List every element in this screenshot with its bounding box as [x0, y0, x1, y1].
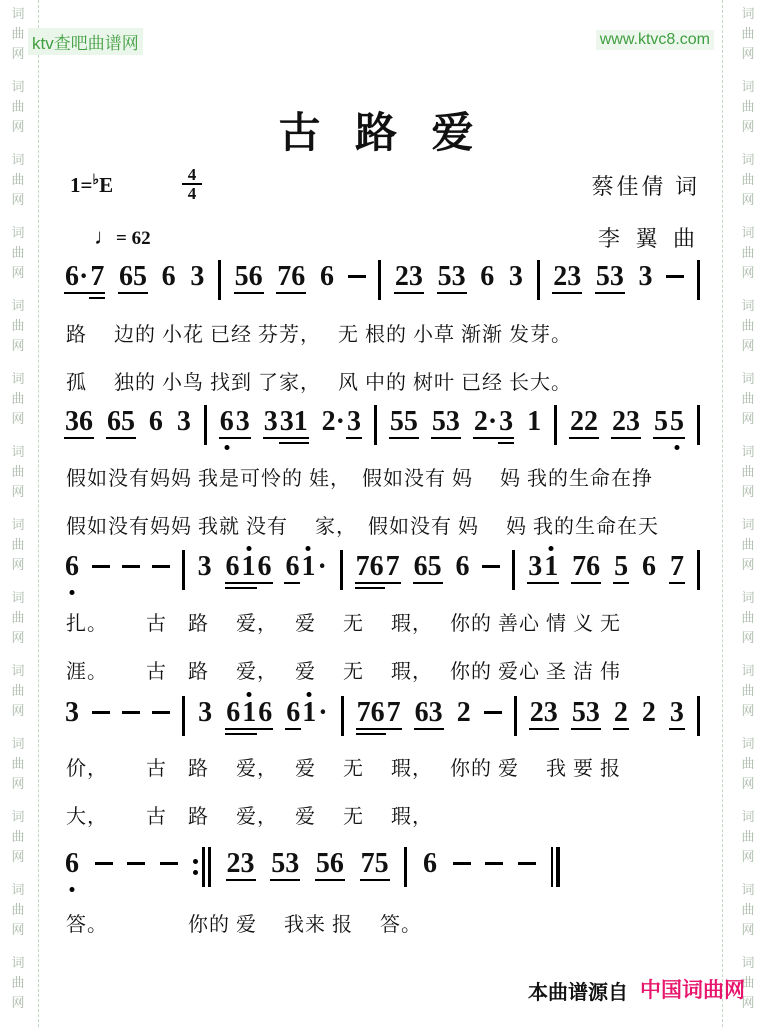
- note: 2·: [473, 407, 498, 437]
- note: 63: [414, 698, 444, 728]
- watermark-group: 词曲网: [735, 734, 761, 794]
- watermark-group: 词曲网: [735, 223, 761, 283]
- barline: [182, 696, 185, 736]
- note: 1: [241, 552, 257, 582]
- note-group: 616: [225, 552, 273, 582]
- note: 6: [479, 262, 495, 292]
- note: 6·: [64, 262, 89, 292]
- note: 3: [669, 698, 685, 728]
- octave-dot-below: [70, 887, 75, 892]
- note: 65: [118, 262, 148, 292]
- watermark-char: 词: [735, 296, 761, 316]
- repeat-barlines: [202, 847, 211, 887]
- watermark-group: 词曲网: [5, 515, 31, 575]
- watermark-group: 词曲网: [735, 442, 761, 502]
- note: 3: [64, 698, 80, 728]
- watermark-char: 曲: [5, 608, 31, 628]
- watermark-char: 词: [5, 734, 31, 754]
- watermark-char: 网: [735, 190, 761, 210]
- note-group: 3: [197, 552, 213, 582]
- note: 2: [641, 698, 657, 728]
- note: 53: [437, 262, 467, 292]
- note-group: 65: [106, 407, 136, 437]
- lyric-line: 孤 独的 小鸟 找到 了家， 风 中的 树叶 已经 长大。: [66, 366, 716, 395]
- lyric-line: 扎。 古 路 爱， 爱 无 瑕， 你的 善心 情 义 无: [66, 607, 716, 636]
- note-group: 63: [414, 698, 444, 728]
- note-group: 6: [161, 262, 177, 292]
- time-signature: 4 4: [182, 166, 202, 202]
- note-group: 22: [569, 407, 599, 437]
- note: 7: [386, 698, 402, 728]
- time-signature-numerator: 4: [182, 166, 202, 185]
- watermark-char: 词: [735, 661, 761, 681]
- watermark-group: 词曲网: [5, 588, 31, 648]
- note-group: 65: [118, 262, 148, 292]
- note: ·: [316, 552, 327, 582]
- watermark-char: 网: [735, 336, 761, 356]
- barline: [512, 550, 515, 590]
- watermark-char: 曲: [5, 973, 31, 993]
- barline: [378, 260, 381, 300]
- note-group: 6: [64, 849, 80, 879]
- barline: [374, 405, 377, 445]
- watermark-char: 网: [735, 701, 761, 721]
- note: 1: [301, 698, 317, 728]
- barline: [537, 260, 540, 300]
- watermark-char: 词: [5, 953, 31, 973]
- watermark-char: 曲: [735, 170, 761, 190]
- barline: [554, 405, 557, 445]
- lyric-line: 假如没有妈妈 我就 没有 家， 假如没有 妈 妈 我的生命在天: [66, 510, 716, 539]
- sustain-dash: [127, 862, 145, 865]
- octave-dot-above: [307, 692, 312, 697]
- note: 3: [527, 552, 543, 582]
- note-group: 55: [653, 407, 685, 437]
- watermark-char: 网: [735, 920, 761, 940]
- note: 1: [526, 407, 542, 437]
- note-group: 61·: [285, 698, 328, 728]
- note: 3: [263, 407, 279, 437]
- note: 6: [64, 849, 80, 879]
- note: 76: [276, 262, 306, 292]
- note: 7: [89, 262, 105, 292]
- barline: [218, 260, 221, 300]
- sustain-dash: [122, 565, 140, 568]
- sustain-dash: [666, 275, 684, 278]
- note: 76: [356, 698, 386, 728]
- note: 6: [64, 552, 80, 582]
- watermark-group: 词曲网: [735, 4, 761, 64]
- note-group: 2: [613, 698, 629, 728]
- watermark-char: 曲: [5, 681, 31, 701]
- note-group: 1: [526, 407, 542, 437]
- watermark-char: 网: [5, 993, 31, 1013]
- note-group: 23: [394, 262, 424, 292]
- note-group: 61·: [284, 552, 327, 582]
- source-site-link[interactable]: 中国词曲网: [640, 974, 745, 1004]
- watermark-char: 曲: [5, 827, 31, 847]
- barline: [697, 405, 700, 445]
- note: 75: [360, 849, 390, 879]
- note: 31: [279, 407, 309, 437]
- note-group: 3: [197, 698, 213, 728]
- watermark-group: 词曲网: [5, 369, 31, 429]
- barline: [340, 550, 343, 590]
- watermark-char: 曲: [5, 535, 31, 555]
- watermark-char: 网: [735, 628, 761, 648]
- note-group: 767: [355, 552, 401, 582]
- note-group: 2·3: [473, 407, 514, 437]
- note-group: 23: [529, 698, 559, 728]
- watermark-char: 网: [5, 555, 31, 575]
- quarter-note-icon: ♩: [94, 224, 116, 249]
- note: 23: [552, 262, 582, 292]
- watermark-char: 曲: [5, 243, 31, 263]
- note: 3: [498, 407, 514, 437]
- note-group: 767: [356, 698, 402, 728]
- watermark-char: 词: [735, 369, 761, 389]
- watermark-char: 网: [5, 409, 31, 429]
- watermark-char: 网: [5, 190, 31, 210]
- watermark-char: 曲: [735, 900, 761, 920]
- watermark-group: 词曲网: [5, 734, 31, 794]
- note: 56: [234, 262, 264, 292]
- key-signature: 1=♭E: [70, 172, 113, 198]
- barline: [697, 260, 700, 300]
- watermark-char: 网: [5, 847, 31, 867]
- watermark-group: 词曲网: [5, 880, 31, 940]
- sustain-dash: [348, 275, 366, 278]
- note-group: 616: [225, 698, 273, 728]
- note-group: 6: [148, 407, 164, 437]
- note: 3: [197, 698, 213, 728]
- note: 6: [285, 698, 301, 728]
- note: 23: [529, 698, 559, 728]
- note: 2: [613, 698, 629, 728]
- sustain-dash: [484, 711, 502, 714]
- lyricist-credit: 蔡佳倩 词: [591, 170, 700, 201]
- note-group: 23: [552, 262, 582, 292]
- note-group: 36: [64, 407, 94, 437]
- repeat-dots: [193, 859, 198, 875]
- watermark-char: 曲: [735, 24, 761, 44]
- note-group: 6·7: [64, 262, 105, 292]
- watermark-char: 词: [5, 661, 31, 681]
- barline: [697, 550, 700, 590]
- sustain-dash: [92, 711, 110, 714]
- note-group: 53: [595, 262, 625, 292]
- final-barline: [551, 847, 560, 887]
- barline: [404, 847, 407, 887]
- lyric-line: 路 边的 小花 已经 芬芳， 无 根的 小草 渐渐 发芽。: [66, 318, 716, 347]
- watermark-char: 词: [5, 515, 31, 535]
- octave-dot-above: [247, 692, 252, 697]
- sheet-page: 词曲网词曲网词曲网词曲网词曲网词曲网词曲网词曲网词曲网词曲网词曲网词曲网词曲网词…: [0, 0, 764, 1027]
- watermark-char: 词: [5, 223, 31, 243]
- note: 65: [413, 552, 443, 582]
- key-note: E: [99, 173, 113, 197]
- watermark-group: 词曲网: [735, 515, 761, 575]
- watermark-group: 词曲网: [5, 661, 31, 721]
- notation-line-4: 3361661·7676322353223: [64, 698, 700, 736]
- watermark-char: 词: [735, 734, 761, 754]
- note: 3: [235, 407, 251, 437]
- note-group: 6: [641, 552, 657, 582]
- watermark-char: 曲: [735, 827, 761, 847]
- note: 5: [653, 407, 669, 437]
- note-group: 3: [176, 407, 192, 437]
- octave-dot-below: [674, 445, 679, 450]
- watermark-char: 词: [735, 588, 761, 608]
- note-group: 56: [234, 262, 264, 292]
- watermark-char: 词: [5, 807, 31, 827]
- sustain-dash: [95, 862, 113, 865]
- sustain-dash: [152, 711, 170, 714]
- watermark-char: 词: [735, 4, 761, 24]
- note-group: 23: [226, 849, 256, 879]
- watermark-char: 网: [5, 482, 31, 502]
- watermark-char: 曲: [735, 754, 761, 774]
- note: 3: [176, 407, 192, 437]
- note-group: 76: [276, 262, 306, 292]
- site-url-link[interactable]: www.ktvc8.com: [596, 30, 714, 50]
- lyric-line: 假如没有妈妈 我是可怜的 娃， 假如没有 妈 妈 我的生命在挣: [66, 462, 716, 491]
- watermark-char: 网: [5, 920, 31, 940]
- key-prefix: 1=: [70, 173, 92, 197]
- watermark-char: 词: [735, 953, 761, 973]
- watermark-char: 词: [5, 588, 31, 608]
- note-group: 3: [638, 262, 654, 292]
- watermark-char: 网: [735, 555, 761, 575]
- note-group: 65: [413, 552, 443, 582]
- watermark-group: 词曲网: [5, 953, 31, 1013]
- watermark-char: 网: [5, 701, 31, 721]
- note-group: 76: [571, 552, 601, 582]
- note-group: 7: [669, 552, 685, 582]
- note: 3: [346, 407, 362, 437]
- watermark-char: 网: [735, 482, 761, 502]
- note: 55: [389, 407, 419, 437]
- note-group: 3: [189, 262, 205, 292]
- note: 2·: [321, 407, 346, 437]
- note-group: 5: [613, 552, 629, 582]
- note-group: 331: [263, 407, 309, 437]
- lyric-line: 大， 古 路 爱， 爱 无 瑕，: [66, 800, 716, 829]
- watermark-char: 词: [5, 4, 31, 24]
- watermark-group: 词曲网: [735, 369, 761, 429]
- song-title: 古 路 爱: [0, 100, 764, 160]
- octave-dot-above: [549, 546, 554, 551]
- watermark-char: 词: [5, 442, 31, 462]
- note-group: 6: [454, 552, 470, 582]
- watermark-char: 词: [5, 77, 31, 97]
- note-group: 53: [571, 698, 601, 728]
- watermark-char: 曲: [5, 754, 31, 774]
- watermark-char: 网: [735, 44, 761, 64]
- note: 6: [219, 407, 235, 437]
- watermark-char: 网: [735, 847, 761, 867]
- watermark-char: 曲: [5, 316, 31, 336]
- note: 56: [315, 849, 345, 879]
- note: 5: [613, 552, 629, 582]
- watermark-char: 曲: [5, 462, 31, 482]
- notation-line-1: 6·765635676623536323533: [64, 262, 700, 300]
- note: 6: [148, 407, 164, 437]
- note: 65: [106, 407, 136, 437]
- note: 23: [394, 262, 424, 292]
- note: 23: [611, 407, 641, 437]
- tempo-value: = 62: [116, 228, 151, 249]
- watermark-char: 词: [5, 296, 31, 316]
- barline: [514, 696, 517, 736]
- note: 36: [64, 407, 94, 437]
- watermark-char: 词: [5, 369, 31, 389]
- note: 6: [454, 552, 470, 582]
- note-group: 63: [219, 407, 251, 437]
- note-group: 55: [389, 407, 419, 437]
- composer-credit: 李 翼 曲: [598, 222, 700, 253]
- time-signature-denominator: 4: [182, 185, 202, 202]
- note: 1: [543, 552, 559, 582]
- note-group: 3: [64, 698, 80, 728]
- watermark-char: 词: [5, 880, 31, 900]
- note: 6: [225, 698, 241, 728]
- repeat-sign: [193, 847, 211, 887]
- note: 53: [270, 849, 300, 879]
- barline: [341, 696, 344, 736]
- watermark-char: 网: [5, 263, 31, 283]
- barline: [204, 405, 207, 445]
- note-group: 6: [319, 262, 335, 292]
- note: 3: [638, 262, 654, 292]
- watermark-char: 曲: [5, 170, 31, 190]
- note-group: 75: [360, 849, 390, 879]
- note: 6: [422, 849, 438, 879]
- note: 1: [241, 698, 257, 728]
- watermark-group: 词曲网: [5, 442, 31, 502]
- note-group: 2: [456, 698, 472, 728]
- watermark-char: 曲: [735, 389, 761, 409]
- barline: [182, 550, 185, 590]
- octave-dot-above: [246, 546, 251, 551]
- sustain-dash: [122, 711, 140, 714]
- watermark-char: 词: [735, 880, 761, 900]
- note: 3: [189, 262, 205, 292]
- watermark-char: 网: [5, 628, 31, 648]
- sustain-dash: [485, 862, 503, 865]
- note: 6: [284, 552, 300, 582]
- note-group: 2: [641, 698, 657, 728]
- note: 23: [226, 849, 256, 879]
- note-group: 6: [479, 262, 495, 292]
- watermark-char: 词: [735, 223, 761, 243]
- sustain-dash: [160, 862, 178, 865]
- notation-line-2: 366563633312·355532·31222355: [64, 407, 700, 445]
- watermark-char: 曲: [735, 243, 761, 263]
- watermark-char: 曲: [735, 608, 761, 628]
- note-group: 3: [669, 698, 685, 728]
- watermark-group: 词曲网: [735, 588, 761, 648]
- watermark-group: 词曲网: [735, 296, 761, 356]
- watermark-group: 词曲网: [5, 296, 31, 356]
- note: ·: [317, 698, 328, 728]
- lyric-line: 涯。 古 路 爱， 爱 无 瑕， 你的 爱心 圣 洁 伟: [66, 655, 716, 684]
- note: 53: [571, 698, 601, 728]
- lyric-line: 价， 古 路 爱， 爱 无 瑕， 你的 爱 我 要 报: [66, 752, 716, 781]
- note-group: 53: [437, 262, 467, 292]
- watermark-char: 曲: [5, 900, 31, 920]
- note: 7: [669, 552, 685, 582]
- note-group: 2·3: [321, 407, 362, 437]
- note-group: 6: [422, 849, 438, 879]
- note: 1: [300, 552, 316, 582]
- note: 53: [595, 262, 625, 292]
- note: 22: [569, 407, 599, 437]
- note-group: 23: [611, 407, 641, 437]
- watermark-char: 网: [5, 336, 31, 356]
- sustain-dash: [518, 862, 536, 865]
- watermark-group: 词曲网: [735, 880, 761, 940]
- watermark-char: 曲: [735, 681, 761, 701]
- note: 7: [385, 552, 401, 582]
- watermark-char: 词: [735, 515, 761, 535]
- watermark-char: 词: [735, 807, 761, 827]
- watermark-char: 曲: [735, 462, 761, 482]
- watermark-char: 网: [735, 263, 761, 283]
- note: 76: [571, 552, 601, 582]
- watermark-group: 词曲网: [735, 807, 761, 867]
- watermark-char: 曲: [5, 389, 31, 409]
- note: 3: [197, 552, 213, 582]
- watermark-char: 曲: [735, 316, 761, 336]
- note-group: 6: [64, 552, 80, 582]
- notation-line-5: 6235356756: [64, 849, 560, 887]
- note-group: 56: [315, 849, 345, 879]
- lyric-line: 答。 你的 爱 我来 报 答。: [66, 908, 716, 937]
- octave-dot-below: [224, 445, 229, 450]
- tempo-marking: ♩= 62: [94, 224, 151, 250]
- note-group: 53: [431, 407, 461, 437]
- note: 2: [456, 698, 472, 728]
- note: 6: [641, 552, 657, 582]
- note-group: 3: [508, 262, 524, 292]
- sustain-dash: [453, 862, 471, 865]
- note-group: 31: [527, 552, 559, 582]
- note: 53: [431, 407, 461, 437]
- notation-line-3: 6361661·7676563176567: [64, 552, 700, 590]
- watermark-char: 网: [735, 774, 761, 794]
- note: 5: [669, 407, 685, 437]
- note: 6: [257, 552, 273, 582]
- sustain-dash: [152, 565, 170, 568]
- note-group: 53: [270, 849, 300, 879]
- watermark-char: 词: [735, 77, 761, 97]
- watermark-group: 词曲网: [5, 223, 31, 283]
- watermark-group: 词曲网: [5, 807, 31, 867]
- sustain-dash: [92, 565, 110, 568]
- note: 6: [257, 698, 273, 728]
- note: 76: [355, 552, 385, 582]
- note: 6: [161, 262, 177, 292]
- note: 6: [319, 262, 335, 292]
- note: 6: [225, 552, 241, 582]
- watermark-group: 词曲网: [735, 661, 761, 721]
- sustain-dash: [482, 565, 500, 568]
- watermark-char: 网: [735, 409, 761, 429]
- watermark-char: 曲: [735, 535, 761, 555]
- watermark-char: 网: [5, 774, 31, 794]
- site-name-link[interactable]: ktv查吧曲谱网: [28, 28, 143, 55]
